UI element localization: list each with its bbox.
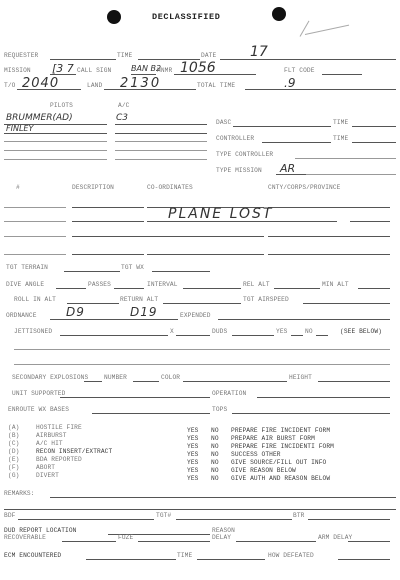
- btr-field[interactable]: [308, 519, 390, 520]
- ecm-field[interactable]: [86, 559, 176, 560]
- controller-field[interactable]: [262, 142, 331, 143]
- jettison-notes-line-1[interactable]: [14, 349, 390, 350]
- target-note: PLANE LOST: [168, 206, 273, 222]
- ac-1-value: C3: [116, 113, 128, 123]
- stray-mark: [305, 25, 349, 35]
- return-alt-field[interactable]: [163, 303, 241, 304]
- punch-hole-left: [107, 10, 121, 24]
- checklist-yes[interactable]: YES: [187, 443, 198, 450]
- ac-3-field[interactable]: [115, 141, 207, 142]
- flt-code-label: FLT CODE: [284, 67, 315, 74]
- operation-field[interactable]: [257, 397, 390, 398]
- how-defeated-field[interactable]: [338, 559, 390, 560]
- min-alt-label: MIN ALT: [322, 281, 349, 288]
- delay-label: DELAY: [212, 534, 231, 541]
- ac-1-field[interactable]: [115, 124, 207, 125]
- return-alt-label: RETURN ALT: [120, 296, 158, 303]
- pilots-label: PILOTS: [50, 102, 73, 109]
- dive-angle-field[interactable]: [56, 288, 86, 289]
- punch-hole-right: [272, 7, 286, 21]
- ac-5-field[interactable]: [115, 159, 207, 160]
- remarks-label: REMARKS:: [4, 490, 35, 497]
- mnmr-value: 1056: [180, 60, 216, 76]
- checklist-no[interactable]: NO: [211, 467, 219, 474]
- ecm-time-field[interactable]: [197, 559, 265, 560]
- tgt-airspeed-field[interactable]: [303, 303, 390, 304]
- requester-label: REQUESTER: [4, 52, 38, 59]
- roll-in-alt-field[interactable]: [67, 303, 119, 304]
- ordnance-value-1: D9: [66, 305, 85, 319]
- enroute-wx-field[interactable]: [92, 413, 210, 414]
- pilot-4-field[interactable]: [4, 150, 107, 151]
- no-label: NO: [305, 328, 313, 335]
- duds-field[interactable]: [232, 335, 274, 336]
- recoverable-field[interactable]: [62, 541, 116, 542]
- how-defeated-label: HOW DEFEATED: [268, 552, 314, 559]
- ac-2-field[interactable]: [115, 133, 207, 134]
- secondary-explosions-field[interactable]: [84, 381, 102, 382]
- checklist-no[interactable]: NO: [211, 435, 219, 442]
- checklist-yes[interactable]: YES: [187, 467, 198, 474]
- date-value: 17: [250, 44, 268, 60]
- fuze-field[interactable]: [138, 541, 210, 542]
- type-controller-label: TYPE CONTROLLER: [216, 151, 273, 158]
- dasc-time-label: TIME: [333, 119, 348, 126]
- bdf-field[interactable]: [18, 519, 154, 520]
- tops-label: TOPS: [212, 406, 227, 413]
- requester-field[interactable]: [50, 59, 116, 60]
- dasc-time-field[interactable]: [352, 126, 396, 127]
- checklist-yes[interactable]: YES: [187, 435, 198, 442]
- ecm-time-label: TIME: [177, 552, 192, 559]
- expended-field[interactable]: [218, 319, 390, 320]
- controller-label: CONTROLLER: [216, 135, 254, 142]
- passes-label: PASSES: [88, 281, 111, 288]
- call-sign-label: CALL SIGN: [77, 67, 111, 74]
- tgt-wx-label: TGT WX: [121, 264, 144, 271]
- fuze-label: FUZE: [118, 534, 133, 541]
- target-col-province: CNTY/CORPS/PROVINCE: [268, 184, 340, 191]
- takeoff-label: T/O: [4, 82, 15, 89]
- jettisoned-label: JETTISONED: [14, 328, 52, 335]
- checklist-no[interactable]: NO: [211, 459, 219, 466]
- checklist-yes[interactable]: YES: [187, 427, 198, 434]
- delay-field[interactable]: [236, 541, 316, 542]
- tgt-number-label: TGT#: [156, 512, 171, 519]
- mnmr-label: MNMR: [157, 67, 172, 74]
- dasc-label: DASC: [216, 119, 231, 126]
- type-mission-label: TYPE MISSION: [216, 167, 262, 174]
- pilot-2-value: FINLEY: [6, 124, 33, 133]
- ac-label: A/C: [118, 102, 129, 109]
- number-field[interactable]: [133, 381, 159, 382]
- controller-time-label: TIME: [333, 135, 348, 142]
- checklist-no[interactable]: NO: [211, 451, 219, 458]
- type-controller-field[interactable]: [295, 158, 396, 159]
- ordnance-field[interactable]: [50, 319, 178, 320]
- arm-delay-field[interactable]: [348, 541, 390, 542]
- color-field[interactable]: [183, 381, 287, 382]
- type-mission-value: AR: [280, 162, 295, 175]
- pilot-5-field[interactable]: [4, 159, 107, 160]
- ordnance-label: ORDNANCE: [6, 312, 37, 319]
- height-field[interactable]: [318, 381, 390, 382]
- dud-location-label: DUD REPORT LOCATION: [4, 527, 76, 534]
- controller-time-field[interactable]: [352, 142, 396, 143]
- color-label: COLOR: [161, 374, 180, 381]
- pilot-1-value: BRUMMER(AD): [6, 113, 73, 123]
- tgt-number-field[interactable]: [176, 519, 292, 520]
- document-title: DECLASSIFIED: [152, 12, 220, 22]
- jettison-notes-line-2[interactable]: [14, 364, 390, 365]
- enroute-wx-label: ENROUTE WX BASES: [8, 406, 69, 413]
- mission-label: MISSION: [4, 67, 31, 74]
- tgt-terrain-field[interactable]: [64, 271, 120, 272]
- checklist-no[interactable]: NO: [211, 443, 219, 450]
- pilot-3-field[interactable]: [4, 141, 107, 142]
- btr-label: BTR: [293, 512, 304, 519]
- yes-label: YES: [276, 328, 287, 335]
- takeoff-value: 2040: [22, 76, 59, 91]
- secondary-explosions-label: SECONDARY EXPLOSIONS: [12, 374, 88, 381]
- unit-supported-field[interactable]: [60, 397, 210, 398]
- flt-code-field[interactable]: [322, 74, 362, 75]
- reason-label: REASON: [212, 527, 235, 534]
- target-col-coordinates: CO-ORDINATES: [147, 184, 193, 191]
- type-mission-field-ext: [306, 174, 396, 175]
- checklist-yes[interactable]: YES: [187, 475, 198, 482]
- jettisoned-field[interactable]: [60, 335, 168, 336]
- rel-alt-label: REL ALT: [243, 281, 270, 288]
- expended-label: EXPENDED: [180, 312, 211, 319]
- ac-4-field[interactable]: [115, 150, 207, 151]
- target-col-number: #: [16, 184, 20, 191]
- duds-label: DUDS: [212, 328, 227, 335]
- interval-label: INTERVAL: [147, 281, 178, 288]
- x-field[interactable]: [176, 335, 210, 336]
- unit-supported-label: UNIT SUPPORTED: [12, 390, 65, 397]
- operation-label: OPERATION: [212, 390, 246, 397]
- recoverable-label: RECOVERABLE: [4, 534, 46, 541]
- call-sign-field[interactable]: [131, 74, 156, 75]
- tgt-terrain-label: TGT TERRAIN: [6, 264, 48, 271]
- interval-field[interactable]: [183, 288, 241, 289]
- pilot-2-field[interactable]: [4, 133, 107, 134]
- dive-angle-label: DIVE ANGLE: [6, 281, 44, 288]
- total-time-field[interactable]: [245, 89, 396, 90]
- land-value: 2130: [120, 76, 161, 91]
- checklist-no[interactable]: NO: [211, 475, 219, 482]
- passes-field[interactable]: [114, 288, 144, 289]
- checklist-yes[interactable]: YES: [187, 451, 198, 458]
- height-label: HEIGHT: [289, 374, 312, 381]
- tops-field[interactable]: [232, 413, 390, 414]
- duds-yes-field[interactable]: [291, 335, 303, 336]
- ecm-label: ECM ENCOUNTERED: [4, 552, 61, 559]
- time-label: TIME: [117, 52, 132, 59]
- rel-alt-field[interactable]: [274, 288, 320, 289]
- land-label: LAND: [87, 82, 102, 89]
- date-field[interactable]: [220, 59, 396, 60]
- arm-delay-label: ARM DELAY: [318, 534, 352, 541]
- see-below-label: (SEE BELOW): [340, 328, 382, 335]
- mission-value: [3 7: [52, 62, 74, 75]
- tgt-airspeed-label: TGT AIRSPEED: [243, 296, 289, 303]
- dasc-field[interactable]: [233, 126, 331, 127]
- total-time-value: .9: [284, 76, 295, 90]
- x-label: X: [170, 328, 174, 335]
- checklist-no[interactable]: NO: [211, 427, 219, 434]
- ordnance-value-2: D19: [130, 305, 158, 319]
- number-label: NUMBER: [104, 374, 127, 381]
- total-time-label: TOTAL TIME: [197, 82, 235, 89]
- remarks-line-2[interactable]: [4, 509, 396, 510]
- tgt-wx-field[interactable]: [152, 271, 210, 272]
- date-label: DATE: [201, 52, 216, 59]
- duds-no-field[interactable]: [316, 335, 328, 336]
- target-col-description: DESCRIPTION: [72, 184, 114, 191]
- bdf-label: BDF: [4, 512, 15, 519]
- checklist-yes[interactable]: YES: [187, 459, 198, 466]
- remarks-field[interactable]: [50, 497, 396, 498]
- roll-in-alt-label: ROLL IN ALT: [14, 296, 56, 303]
- min-alt-field[interactable]: [358, 288, 390, 289]
